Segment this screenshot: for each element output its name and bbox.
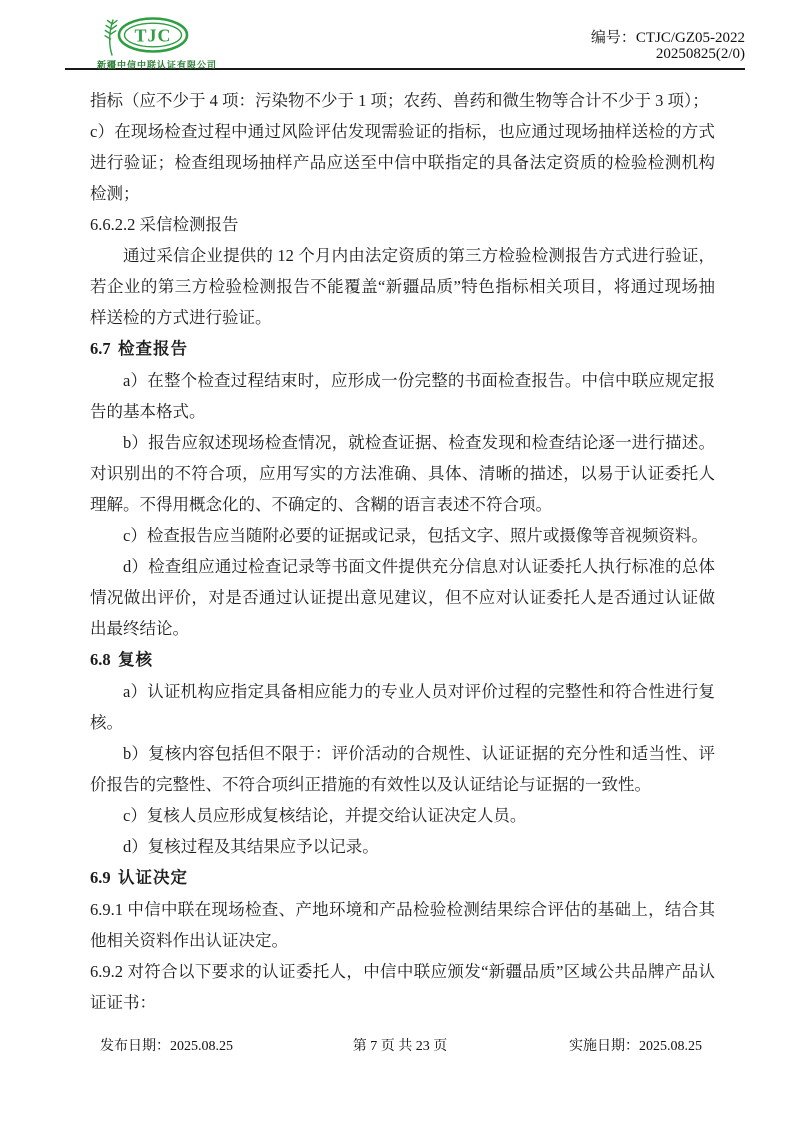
section-number: 6.9 — [90, 868, 111, 887]
paragraph-6-8-item-c: c）复核人员应形成复核结论，并提交给认证决定人员。 — [90, 800, 715, 831]
svg-text:TJC: TJC — [134, 26, 171, 46]
section-number: 6.8 — [90, 650, 111, 669]
section-title: 认证决定 — [118, 869, 188, 887]
paragraph-6-7-item-d: d）检查组应通过检查记录等书面文件提供充分信息对认证委托人执行标准的总体情况做出… — [90, 551, 715, 644]
wheat-icon — [105, 20, 117, 55]
paragraph-6-9-2: 6.9.2 对符合以下要求的认证委托人，中信中联应颁发“新疆品质”区域公共品牌产… — [90, 956, 715, 1018]
paragraph-6-7-item-c: c）检查报告应当随附必要的证据或记录，包括文字、照片或摄像等音视频资料。 — [90, 520, 715, 551]
section-title: 复核 — [118, 651, 153, 669]
doc-number-line: 编号：CTJC/GZ05-2022 — [591, 30, 745, 46]
page-header: TJC 新疆中信中联认证有限公司 编号：CTJC/GZ05-2022 20250… — [65, 0, 745, 70]
implement-date-label: 实施日期： — [569, 1039, 639, 1054]
document-page: TJC 新疆中信中联认证有限公司 编号：CTJC/GZ05-2022 20250… — [0, 0, 800, 1130]
implement-date: 实施日期：2025.08.25 — [569, 1036, 702, 1058]
company-logo: TJC 新疆中信中联认证有限公司 — [97, 15, 247, 71]
document-body: 指标（应不少于 4 项：污染物不少于 1 项；农药、兽药和微生物等合计不少于 3… — [90, 85, 715, 1018]
section-heading-6-7: 6.7检查报告 — [90, 333, 715, 365]
section-heading-6-8: 6.8复核 — [90, 644, 715, 676]
paragraph-accepted-test-report: 通过采信企业提供的 12 个月内由法定资质的第三方检验检测报告方式进行验证，若企… — [90, 240, 715, 333]
paragraph-6-7-item-b: b）报告应叙述现场检查情况，就检查证据、检查发现和检查结论逐一进行描述。对识别出… — [90, 427, 715, 520]
doc-number-label: 编号： — [591, 30, 636, 46]
paragraph-6-7-item-a: a）在整个检查过程结束时，应形成一份完整的书面检查报告。中信中联应规定报告的基本… — [90, 365, 715, 427]
subsection-heading-6-6-2-2: 6.6.2.2 采信检测报告 — [90, 209, 715, 240]
document-meta: 编号：CTJC/GZ05-2022 20250825(2/0) — [591, 30, 745, 62]
section-title: 检查报告 — [118, 340, 188, 358]
implement-date-value: 2025.08.25 — [639, 1039, 702, 1054]
ctjc-logo-icon: TJC — [97, 15, 192, 57]
paragraph-6-8-item-b: b）复核内容包括但不限于：评价活动的合规性、认证证据的充分性和适当性、评价报告的… — [90, 738, 715, 800]
paragraph-6-9-1: 6.9.1 中信中联在现场检查、产地环境和产品检验检测结果综合评估的基础上，结合… — [90, 894, 715, 956]
section-number: 6.7 — [90, 339, 111, 358]
paragraph-item-c-onsite-sampling: c）在现场检查过程中通过风险评估发现需验证的指标，也应通过现场抽样送检的方式进行… — [90, 116, 715, 209]
doc-number: CTJC/GZ05-2022 — [636, 30, 745, 46]
paragraph-indicator-list-continuation: 指标（应不少于 4 项：污染物不少于 1 项；农药、兽药和微生物等合计不少于 3… — [90, 85, 715, 116]
company-name: 新疆中信中联认证有限公司 — [97, 58, 247, 71]
doc-revision: 20250825(2/0) — [591, 46, 745, 62]
paragraph-6-8-item-d: d）复核过程及其结果应予以记录。 — [90, 831, 715, 862]
page-footer: 发布日期：2025.08.25 第 7 页 共 23 页 实施日期：2025.0… — [0, 1036, 800, 1058]
section-heading-6-9: 6.9认证决定 — [90, 862, 715, 894]
paragraph-6-8-item-a: a）认证机构应指定具备相应能力的专业人员对评价过程的完整性和符合性进行复核。 — [90, 676, 715, 738]
